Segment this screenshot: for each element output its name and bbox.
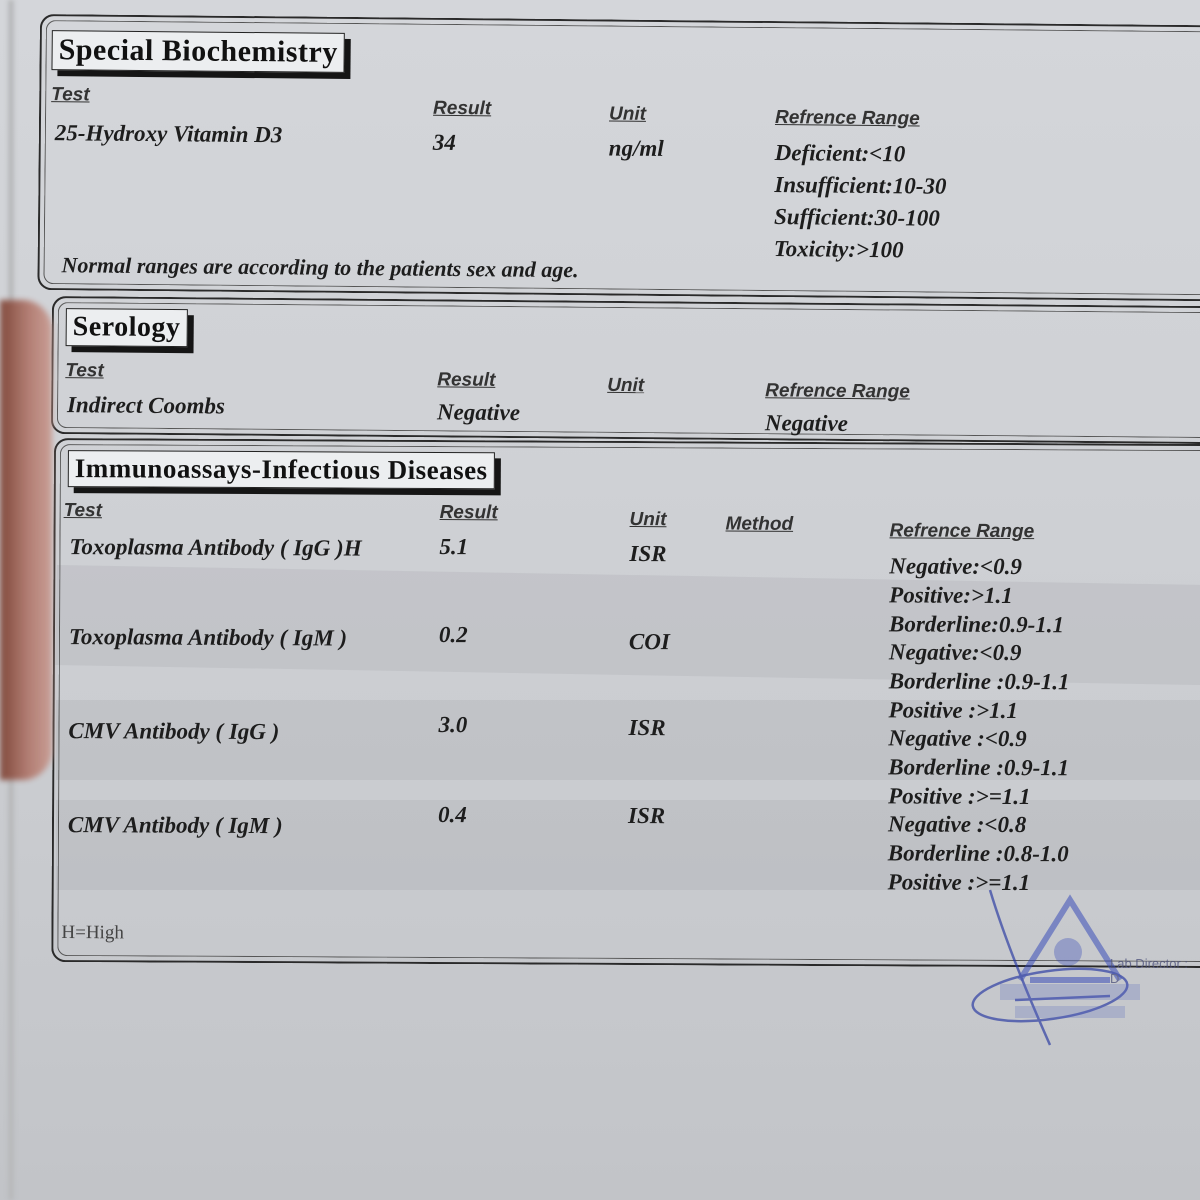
header-method: Method <box>725 514 793 536</box>
reference-range-item: Deficient:<10 <box>775 137 947 171</box>
reference-range-item: Positive:>1.1 <box>889 581 1064 611</box>
test-name: CMV Antibody ( IgM ) <box>68 812 283 839</box>
test-name: Toxoplasma Antibody ( IgG )H <box>69 534 361 562</box>
reference-range-item: Toxicity:>100 <box>774 233 946 267</box>
test-result: Negative <box>437 399 520 426</box>
reference-range-item: Borderline :0.9-1.1 <box>889 667 1070 697</box>
reference-range-item: Negative:<0.9 <box>889 552 1064 582</box>
header-unit: Unit <box>630 509 667 531</box>
test-result: 5.1 <box>439 534 468 560</box>
test-result: 0.2 <box>439 622 468 648</box>
section-serology: Serology Test Result Unit Refrence Range… <box>51 296 1200 444</box>
lab-stamp: Lab Director : D <box>960 880 1190 1050</box>
header-unit: Unit <box>609 103 646 125</box>
holding-hand <box>0 300 52 780</box>
test-name: CMV Antibody ( IgG ) <box>68 718 279 745</box>
reference-range-list: Negative :<0.9 Borderline :0.9-1.1 Posit… <box>888 724 1069 811</box>
lab-director-label: Lab Director : D <box>1110 956 1190 986</box>
header-result: Result <box>440 502 498 524</box>
header-test: Test <box>65 360 104 382</box>
reference-range-item: Positive :>=1.1 <box>888 782 1069 812</box>
test-name: Indirect Coombs <box>67 392 225 419</box>
header-test: Test <box>51 84 90 106</box>
reference-range-item: Positive :>1.1 <box>889 696 1070 726</box>
table-row: 25-Hydroxy Vitamin D3 34 ng/ml Deficient… <box>42 16 1200 27</box>
test-result: 34 <box>433 130 456 156</box>
header-reference-range: Refrence Range <box>775 107 920 130</box>
reference-range-item: Negative:<0.9 <box>889 638 1070 668</box>
section-title: Immunoassays-Infectious Diseases <box>68 450 495 489</box>
reference-range-item: Insufficient:10-30 <box>774 169 946 203</box>
header-result: Result <box>437 369 495 392</box>
reference-range-item: Borderline :0.8-1.0 <box>888 839 1069 869</box>
header-reference-range: Refrence Range <box>765 380 910 403</box>
reference-range-item: Negative <box>765 410 848 437</box>
header-reference-range: Refrence Range <box>889 520 1034 543</box>
test-unit: ISR <box>628 803 665 829</box>
test-name: 25-Hydroxy Vitamin D3 <box>55 120 283 148</box>
test-unit: COI <box>629 629 670 655</box>
test-result: 0.4 <box>438 802 467 828</box>
test-unit: ISR <box>629 541 666 567</box>
section-title: Serology <box>66 308 188 347</box>
table-row: Indirect Coombs Negative Negative <box>54 298 1200 308</box>
normal-ranges-note: Normal ranges are according to the patie… <box>61 252 578 283</box>
reference-range-item: Sufficient:30-100 <box>774 201 946 235</box>
header-test: Test <box>64 500 102 522</box>
test-name: Toxoplasma Antibody ( IgM ) <box>69 624 347 651</box>
reference-range-item: Borderline :0.9-1.1 <box>888 753 1069 783</box>
section-title: Special Biochemistry <box>51 30 345 73</box>
header-unit: Unit <box>607 375 644 397</box>
test-unit: ISR <box>628 715 665 741</box>
flag-legend: H=High <box>61 922 124 944</box>
test-result: 3.0 <box>438 712 467 738</box>
reference-range-list: Deficient:<10 Insufficient:10-30 Suffici… <box>774 137 947 267</box>
section-special-biochemistry: Special Biochemistry Test Result Unit Re… <box>37 14 1200 301</box>
reference-range-list: Negative:<0.9 Borderline :0.9-1.1 Positi… <box>889 638 1070 725</box>
reference-range-list: Negative:<0.9 Positive:>1.1 Borderline:0… <box>889 552 1065 639</box>
reference-range-item: Negative :<0.8 <box>888 810 1069 840</box>
header-result: Result <box>433 98 491 121</box>
reference-range-item: Borderline:0.9-1.1 <box>889 610 1064 640</box>
reference-range-item: Negative :<0.9 <box>888 724 1069 754</box>
test-unit: ng/ml <box>609 135 664 162</box>
